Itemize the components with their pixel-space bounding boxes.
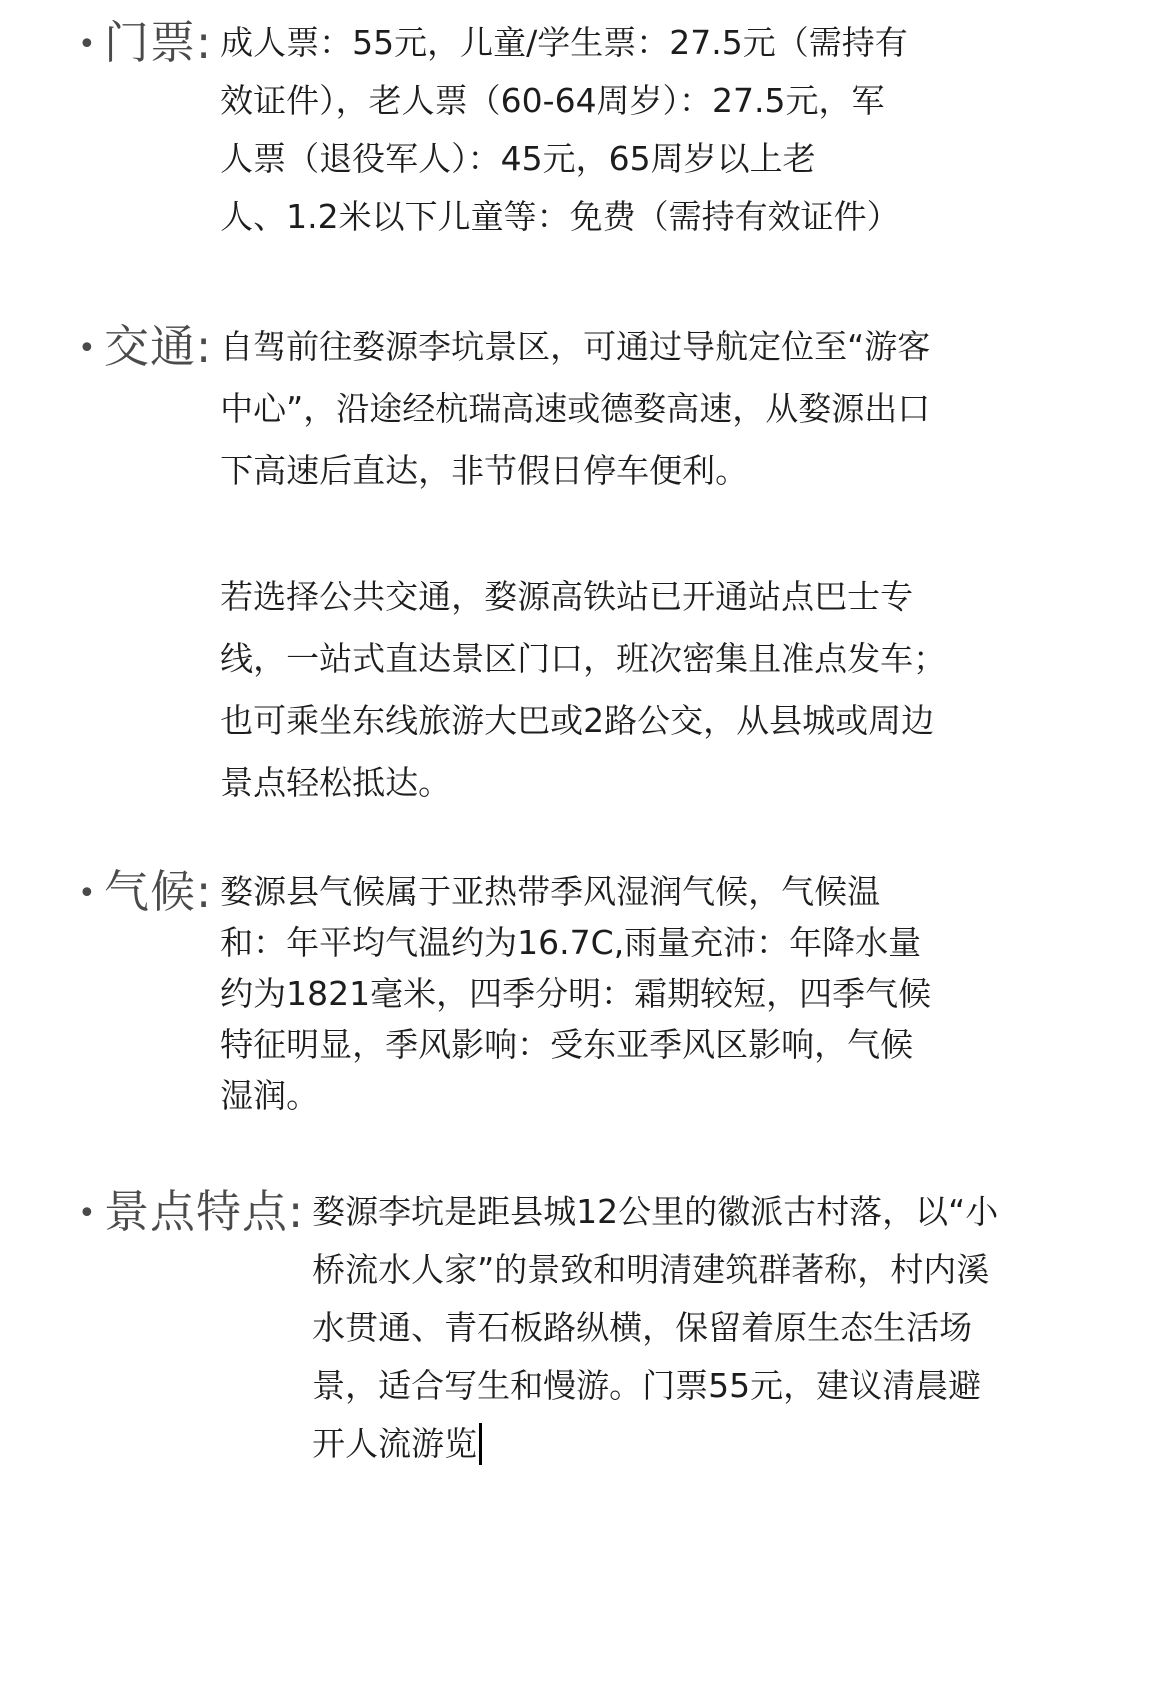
text-line[interactable]: 婺源县气候属于亚热带季风湿润气候，气候温 [220, 866, 1140, 917]
paragraph: 婺源李坑是距县城12公里的徽派古村落，以“小 桥流水人家”的景致和明清建筑群著称… [312, 1183, 1140, 1473]
text-line[interactable]: 成人票：55元，儿童/学生票：27.5元（需持有 [220, 14, 1140, 72]
text-line[interactable]: 特征明显，季风影响：受东亚季风区影响，气候 [220, 1019, 1140, 1070]
text-line[interactable]: 约为1821毫米，四季分明：霜期较短，四季气候 [220, 968, 1140, 1019]
section-label[interactable]: 门票: [104, 14, 212, 72]
text-line[interactable]: 和：年平均气温约为16.7C,雨量充沛：年降水量 [220, 917, 1140, 968]
text-line[interactable]: 也可乘坐东线旅游大巴或2路公交，从县城或周边 [220, 690, 1140, 752]
section-features: • 景点特点: 婺源李坑是距县城12公里的徽派古村落，以“小 桥流水人家”的景致… [78, 1183, 1140, 1473]
text-line[interactable]: 线，一站式直达景区门口，班次密集且准点发车； [220, 628, 1140, 690]
section-transport: • 交通: 自驾前往婺源李坑景区，可通过导航定位至“游客 中心”，沿途经杭瑞高速… [78, 316, 1140, 814]
text-line[interactable]: 若选择公共交通，婺源高铁站已开通站点巴士专 [220, 566, 1140, 628]
section-climate: • 气候: 婺源县气候属于亚热带季风湿润气候，气候温 和：年平均气温约为16.7… [78, 866, 1140, 1121]
section-body: 婺源县气候属于亚热带季风湿润气候，气候温 和：年平均气温约为16.7C,雨量充沛… [220, 866, 1140, 1121]
text-line[interactable]: 效证件），老人票（60-64周岁）：27.5元，军 [220, 72, 1140, 130]
section-body: 自驾前往婺源李坑景区，可通过导航定位至“游客 中心”，沿途经杭瑞高速或德婺高速，… [220, 316, 1140, 814]
note-editor[interactable]: • 门票: 成人票：55元，儿童/学生票：27.5元（需持有 效证件），老人票（… [0, 0, 1170, 1691]
section-body: 婺源李坑是距县城12公里的徽派古村落，以“小 桥流水人家”的景致和明清建筑群著称… [312, 1183, 1140, 1473]
section-label[interactable]: 景点特点: [104, 1183, 304, 1241]
text-line-content[interactable]: 开人流游览 [312, 1424, 477, 1463]
bullet-icon: • [78, 1185, 104, 1243]
bullet-icon: • [78, 16, 104, 74]
text-line[interactable]: 景点轻松抵达。 [220, 752, 1140, 814]
bullet-icon: • [78, 318, 104, 380]
text-line[interactable]: 中心”，沿途经杭瑞高速或德婺高速，从婺源出口 [220, 378, 1140, 440]
paragraph: 自驾前往婺源李坑景区，可通过导航定位至“游客 中心”，沿途经杭瑞高速或德婺高速，… [220, 316, 1140, 502]
paragraph: 成人票：55元，儿童/学生票：27.5元（需持有 效证件），老人票（60-64周… [220, 14, 1140, 246]
text-line[interactable]: 人、1.2米以下儿童等：免费（需持有效证件） [220, 188, 1140, 246]
text-line[interactable]: 湿润。 [220, 1070, 1140, 1121]
text-line[interactable]: 婺源李坑是距县城12公里的徽派古村落，以“小 [312, 1183, 1140, 1241]
paragraph: 若选择公共交通，婺源高铁站已开通站点巴士专 线，一站式直达景区门口，班次密集且准… [220, 566, 1140, 814]
text-line[interactable]: 自驾前往婺源李坑景区，可通过导航定位至“游客 [220, 316, 1140, 378]
text-line[interactable]: 水贯通、青石板路纵横，保留着原生态生活场 [312, 1299, 1140, 1357]
section-label[interactable]: 气候: [104, 866, 212, 917]
section-label[interactable]: 交通: [104, 316, 212, 378]
section-body: 成人票：55元，儿童/学生票：27.5元（需持有 效证件），老人票（60-64周… [220, 14, 1140, 246]
paragraph: 婺源县气候属于亚热带季风湿润气候，气候温 和：年平均气温约为16.7C,雨量充沛… [220, 866, 1140, 1121]
text-cursor [479, 1423, 482, 1465]
text-line[interactable]: 开人流游览 [312, 1415, 1140, 1473]
text-line[interactable]: 人票（退役军人）：45元，65周岁以上老 [220, 130, 1140, 188]
section-tickets: • 门票: 成人票：55元，儿童/学生票：27.5元（需持有 效证件），老人票（… [78, 14, 1140, 246]
text-line[interactable]: 景，适合写生和慢游。门票55元，建议清晨避 [312, 1357, 1140, 1415]
bullet-icon: • [78, 868, 104, 919]
text-line[interactable]: 下高速后直达，非节假日停车便利。 [220, 440, 1140, 502]
text-line[interactable]: 桥流水人家”的景致和明清建筑群著称，村内溪 [312, 1241, 1140, 1299]
